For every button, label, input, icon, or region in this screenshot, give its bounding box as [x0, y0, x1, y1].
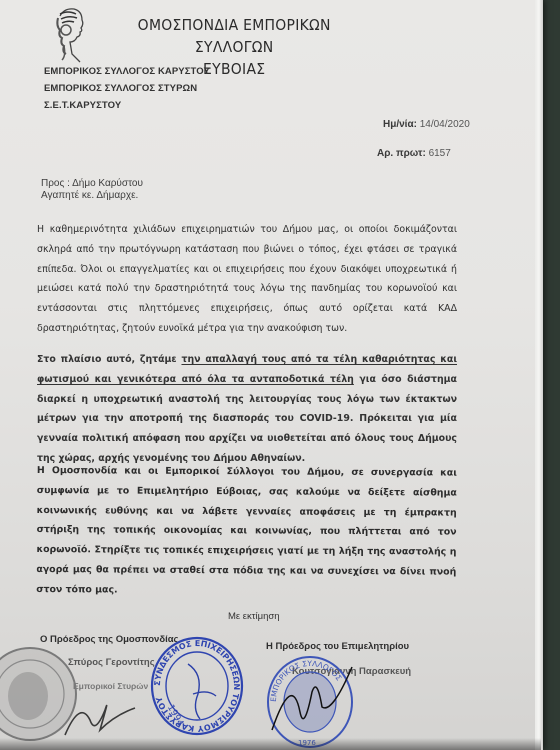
- paragraph-2: Στο πλαίσιο αυτό, ζητάμε την απαλλαγή το…: [37, 350, 457, 469]
- association-karystos: ΕΜΠΟΡΙΚΟΣ ΣΥΛΛΟΓΟΣ ΚΑΡΥΣΤΟΥ: [44, 66, 210, 77]
- paragraph-2-rest: για όσο διάστημα διαρκεί η υποχρεωτική α…: [37, 374, 457, 464]
- federation-title-line1: ΟΜΟΣΠΟΝΔΙΑ ΕΜΠΟΡΙΚΩΝ ΣΥΛΛΟΓΩΝ: [104, 14, 364, 58]
- page-bottom-shadow: [0, 738, 541, 750]
- paragraph-3: Η Ομοσπονδία και οι Εμπορικοί Σύλλογοι τ…: [36, 461, 457, 602]
- protocol-label: Αρ. πρωτ:: [377, 148, 426, 159]
- commercial-association-stamp-icon: ΕΜΠΟΡΙΚΟΣ ΣΥΛΛΟΓΟΣ 1976: [262, 652, 358, 750]
- greek-woman-profile-logo: [50, 6, 90, 64]
- right-signatory-title: Η Πρόεδρος του Επιμελητηρίου: [266, 641, 409, 652]
- tourism-association-stamp-icon: ΣΥΝΔΕΣΜΟΣ ΕΠΙΧΕΙΡΗΣΕΩΝ ΤΟΥΡΙΣΜΟΥ ΚΑΡΥΣΤΟ…: [148, 634, 246, 738]
- left-signature-icon: [60, 690, 140, 740]
- paragraph-1: Η καθημερινότητα χιλιάδων επιχειρηματιών…: [37, 220, 457, 339]
- closing-text: Με εκτίμηση: [228, 611, 280, 622]
- recipient-to: Προς : Δήμο Καρύστου: [41, 178, 143, 190]
- date-line: Ημ/νία: 14/04/2020: [383, 119, 470, 130]
- salutation: Αγαπητέ κε. Δήμαρχε.: [41, 190, 143, 202]
- date-label: Ημ/νία:: [383, 119, 417, 130]
- recipient-block: Προς : Δήμο Καρύστου Αγαπητέ κε. Δήμαρχε…: [41, 178, 143, 202]
- date-value: 14/04/2020: [420, 119, 470, 130]
- protocol-value: 6157: [429, 148, 451, 159]
- association-styra: ΕΜΠΟΡΙΚΟΣ ΣΥΛΛΟΓΟΣ ΣΤΥΡΩΝ: [44, 83, 197, 94]
- paragraph-2-intro: Στο πλαίσιο αυτό, ζητάμε: [37, 354, 181, 365]
- letter-page: ΟΜΟΣΠΟΝΔΙΑ ΕΜΠΟΡΙΚΩΝ ΣΥΛΛΟΓΩΝ ΕΥΒΟΙΑΣ ΕΜ…: [0, 0, 541, 750]
- association-set-karystos: Σ.Ε.Τ.ΚΑΡΥΣΤΟΥ: [44, 100, 121, 111]
- protocol-line: Αρ. πρωτ: 6157: [377, 148, 451, 159]
- left-signatory-name: Σπύρος Γεροντίτης: [68, 657, 155, 668]
- page-edge: [535, 0, 543, 750]
